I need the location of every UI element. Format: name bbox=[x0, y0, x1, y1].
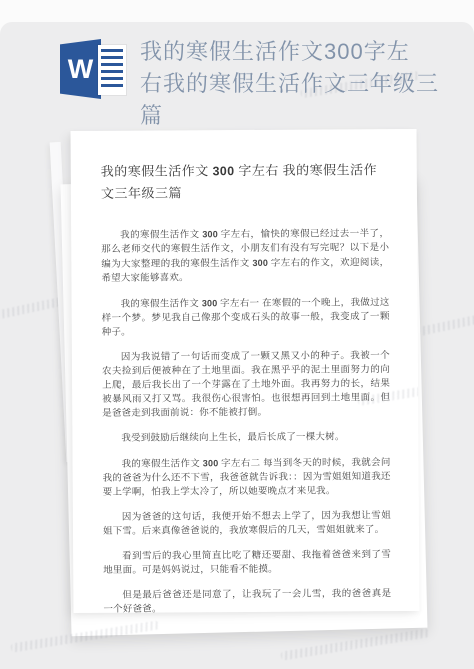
paragraph: 我的寒假生活作文 300 字左右二 每当到冬天的时候，我就会问我的爸爸为什么还不… bbox=[103, 455, 391, 500]
word-icon-flap: W bbox=[60, 39, 101, 99]
bold-number: 300 bbox=[202, 229, 218, 239]
document-heading-number: 300 bbox=[213, 164, 235, 178]
document-heading: 我的寒假生活作文 300 字左右 我的寒假生活作文三年级三篇 bbox=[101, 159, 389, 204]
word-icon: W bbox=[60, 38, 126, 100]
bold-number: 300 bbox=[202, 298, 218, 308]
page-title-line-2: 右我的寒假生活作文三年级三篇 bbox=[140, 68, 440, 132]
document-heading-prefix: 我的寒假生活作文 bbox=[101, 163, 213, 179]
paragraph: 因为爸爸的这句话，我便开始不想去上学了，因为我想让雪姐姐下雪。后来真像爸爸说的，… bbox=[103, 509, 391, 539]
bold-number: 300 bbox=[203, 458, 219, 468]
word-icon-page-lines-icon bbox=[101, 49, 123, 91]
document-preview-page: 我的寒假生活作文 300 字左右 我的寒假生活作文三年级三篇 我的寒假生活作文 … bbox=[71, 129, 420, 613]
paragraph: 我受到鼓励后继续向上生长，最后长成了一棵大树。 bbox=[102, 430, 390, 446]
page-title-line-1: 我的寒假生活作文300字左 bbox=[140, 36, 440, 68]
paragraph: 我的寒假生活作文 300 字左右一 在寒假的一个晚上，我做过这样一个梦。梦见我自… bbox=[102, 295, 390, 340]
paragraph: 我的寒假生活作文 300 字左右，愉快的寒假已经过去一半了，那么老师交代的寒假生… bbox=[101, 226, 389, 286]
bold-number: 300 bbox=[252, 258, 268, 268]
page-title: 我的寒假生活作文300字左 右我的寒假生活作文三年级三篇 bbox=[140, 36, 440, 132]
paragraph: 看到雪后的我心里简直比吃了糖还要甜、我拖着爸爸来到了雪地里面。可是妈妈说过，只能… bbox=[103, 548, 391, 578]
paragraph: 但是最后爸爸还是同意了，让我玩了一会儿雪，我的爸爸真是一个好爸爸。 bbox=[103, 587, 391, 613]
word-icon-letter: W bbox=[68, 56, 93, 83]
document-body: 我的寒假生活作文 300 字左右，愉快的寒假已经过去一半了，那么老师交代的寒假生… bbox=[101, 226, 392, 613]
word-icon-page bbox=[98, 45, 126, 95]
paragraph: 因为我说错了一句话而变成了一颗又黑又小的种子。我被一个农夫捡到后便被种在了土地里… bbox=[102, 349, 390, 421]
